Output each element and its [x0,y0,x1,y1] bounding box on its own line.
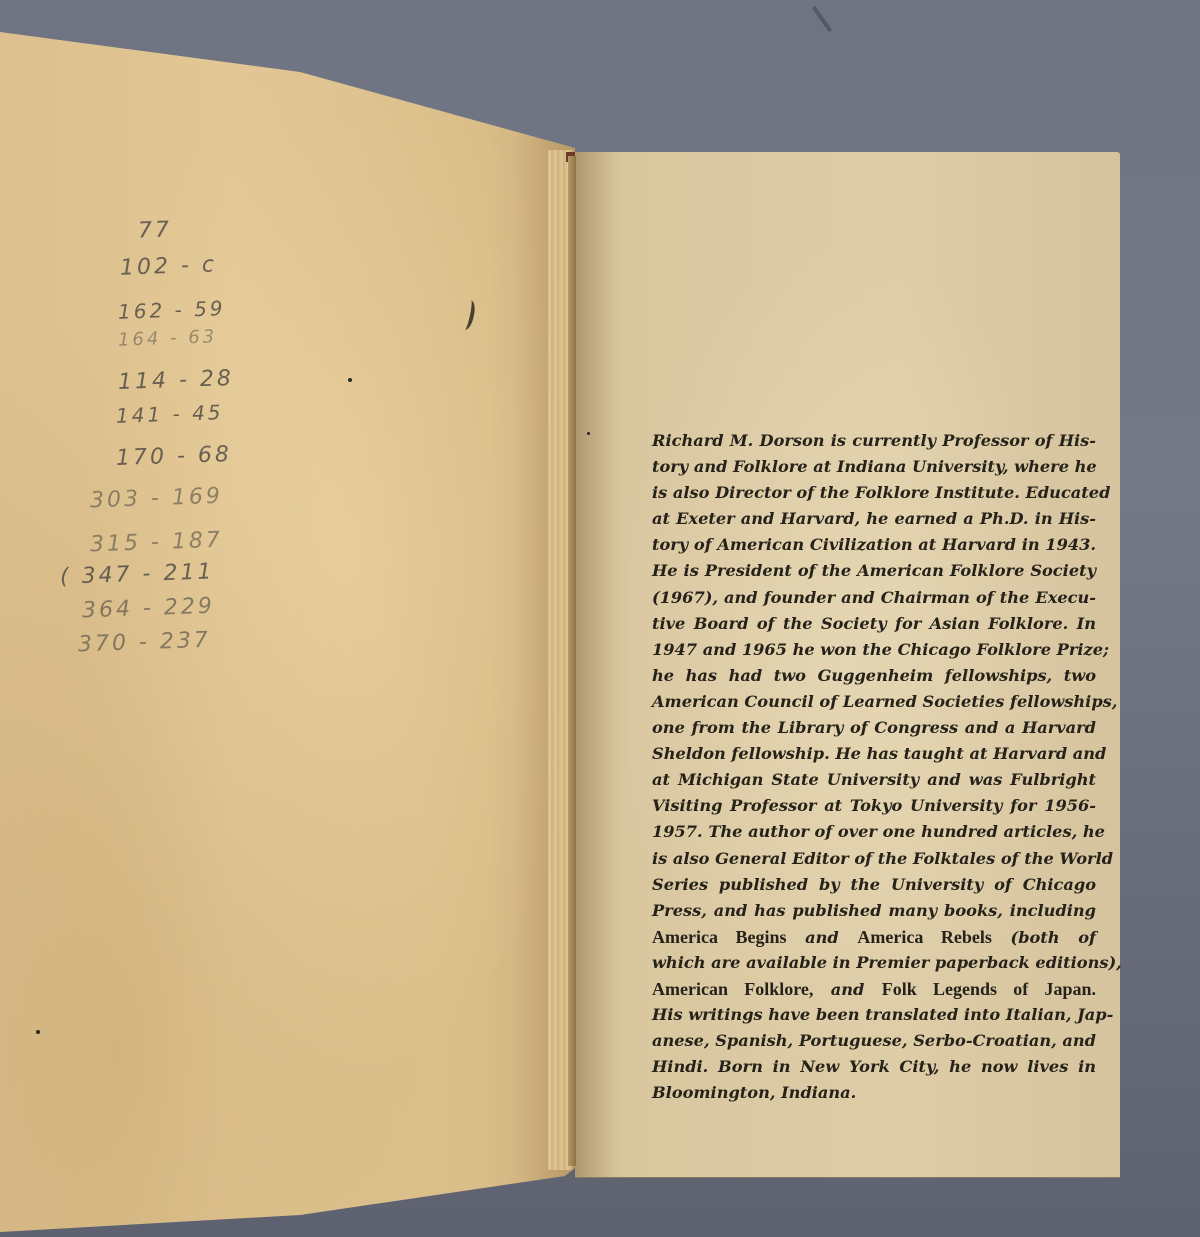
bio-line: Press, and has published many books, inc… [652,898,1096,924]
speck [587,432,590,435]
bio-line-titles: American Folklore, and Folk Legends of J… [652,976,1096,1002]
ink-dot [36,1030,40,1034]
note-line: 141 - 45 [116,400,224,428]
bio-line: Sheldon fellowship. He has taught at Har… [652,741,1096,767]
bio-line: which are available in Premier paperback… [652,950,1096,976]
note-line: 77 [138,217,173,243]
author-bio: Richard M. Dorson is currently Professor… [652,428,1096,1106]
bio-line: one from the Library of Congress and a H… [652,715,1096,741]
bio-line-titles: America Begins and America Rebels (both … [652,924,1096,950]
note-line: 370 - 237 [78,628,212,658]
bio-text: and [813,980,881,999]
photo-scene: 77 102 - c 162 - 59 164 - 63 114 - 28 14… [0,0,1200,1237]
note-line: 364 - 229 [82,594,216,624]
bio-line: at Michigan State University and was Ful… [652,767,1096,793]
note-line: 162 - 59 [118,296,226,324]
note-line: 315 - 187 [90,528,224,558]
bio-line: at Exeter and Harvard, he earned a Ph.D.… [652,506,1096,532]
bio-line: American Council of Learned Societies fe… [652,689,1096,715]
bio-line: (1967), and founder and Chairman of the … [652,585,1096,611]
bio-line: His writings have been translated into I… [652,1002,1096,1028]
bio-line: he has had two Guggenheim fellowships, t… [652,663,1096,689]
bio-line: is also General Editor of the Folktales … [652,846,1096,872]
note-line: 114 - 28 [118,366,235,395]
bio-line: is also Director of the Folklore Institu… [652,480,1096,506]
bio-line: 1957. The author of over one hundred art… [652,819,1096,845]
bio-line: tory of American Civilization at Harvard… [652,532,1096,558]
bio-line: tory and Folklore at Indiana University,… [652,454,1096,480]
note-line: 170 - 68 [116,442,233,471]
gutter-shadow [568,156,576,1166]
bio-line: Richard M. Dorson is currently Professor… [652,428,1096,454]
bio-text: and [787,928,858,947]
bio-line: anese, Spanish, Portuguese, Serbo-Croati… [652,1028,1096,1054]
bio-line: Series published by the University of Ch… [652,872,1096,898]
ink-dot [348,378,352,382]
book-title: American Folklore, [652,979,813,999]
bio-line: Visiting Professor at Tokyo University f… [652,793,1096,819]
bio-text: (both of [992,928,1096,947]
bio-line: Bloomington, Indiana. [652,1080,1096,1106]
ink-mark [459,299,477,331]
bio-line: tive Board of the Society for Asian Folk… [652,611,1096,637]
bio-line: He is President of the American Folklore… [652,558,1096,584]
bio-line: 1947 and 1965 he won the Chicago Folklor… [652,637,1096,663]
note-line: 303 - 169 [90,484,224,514]
book-title: Folk Legends of Japan. [882,979,1096,999]
left-page: 77 102 - c 162 - 59 164 - 63 114 - 28 14… [0,0,575,1237]
note-line: 102 - c [120,252,218,280]
note-line: 164 - 63 [118,326,218,350]
bio-line: Hindi. Born in New York City, he now liv… [652,1054,1096,1080]
note-line: ( 347 - 211 [60,559,215,589]
book-title: America Begins [652,927,787,947]
book-title: America Rebels [857,927,991,947]
